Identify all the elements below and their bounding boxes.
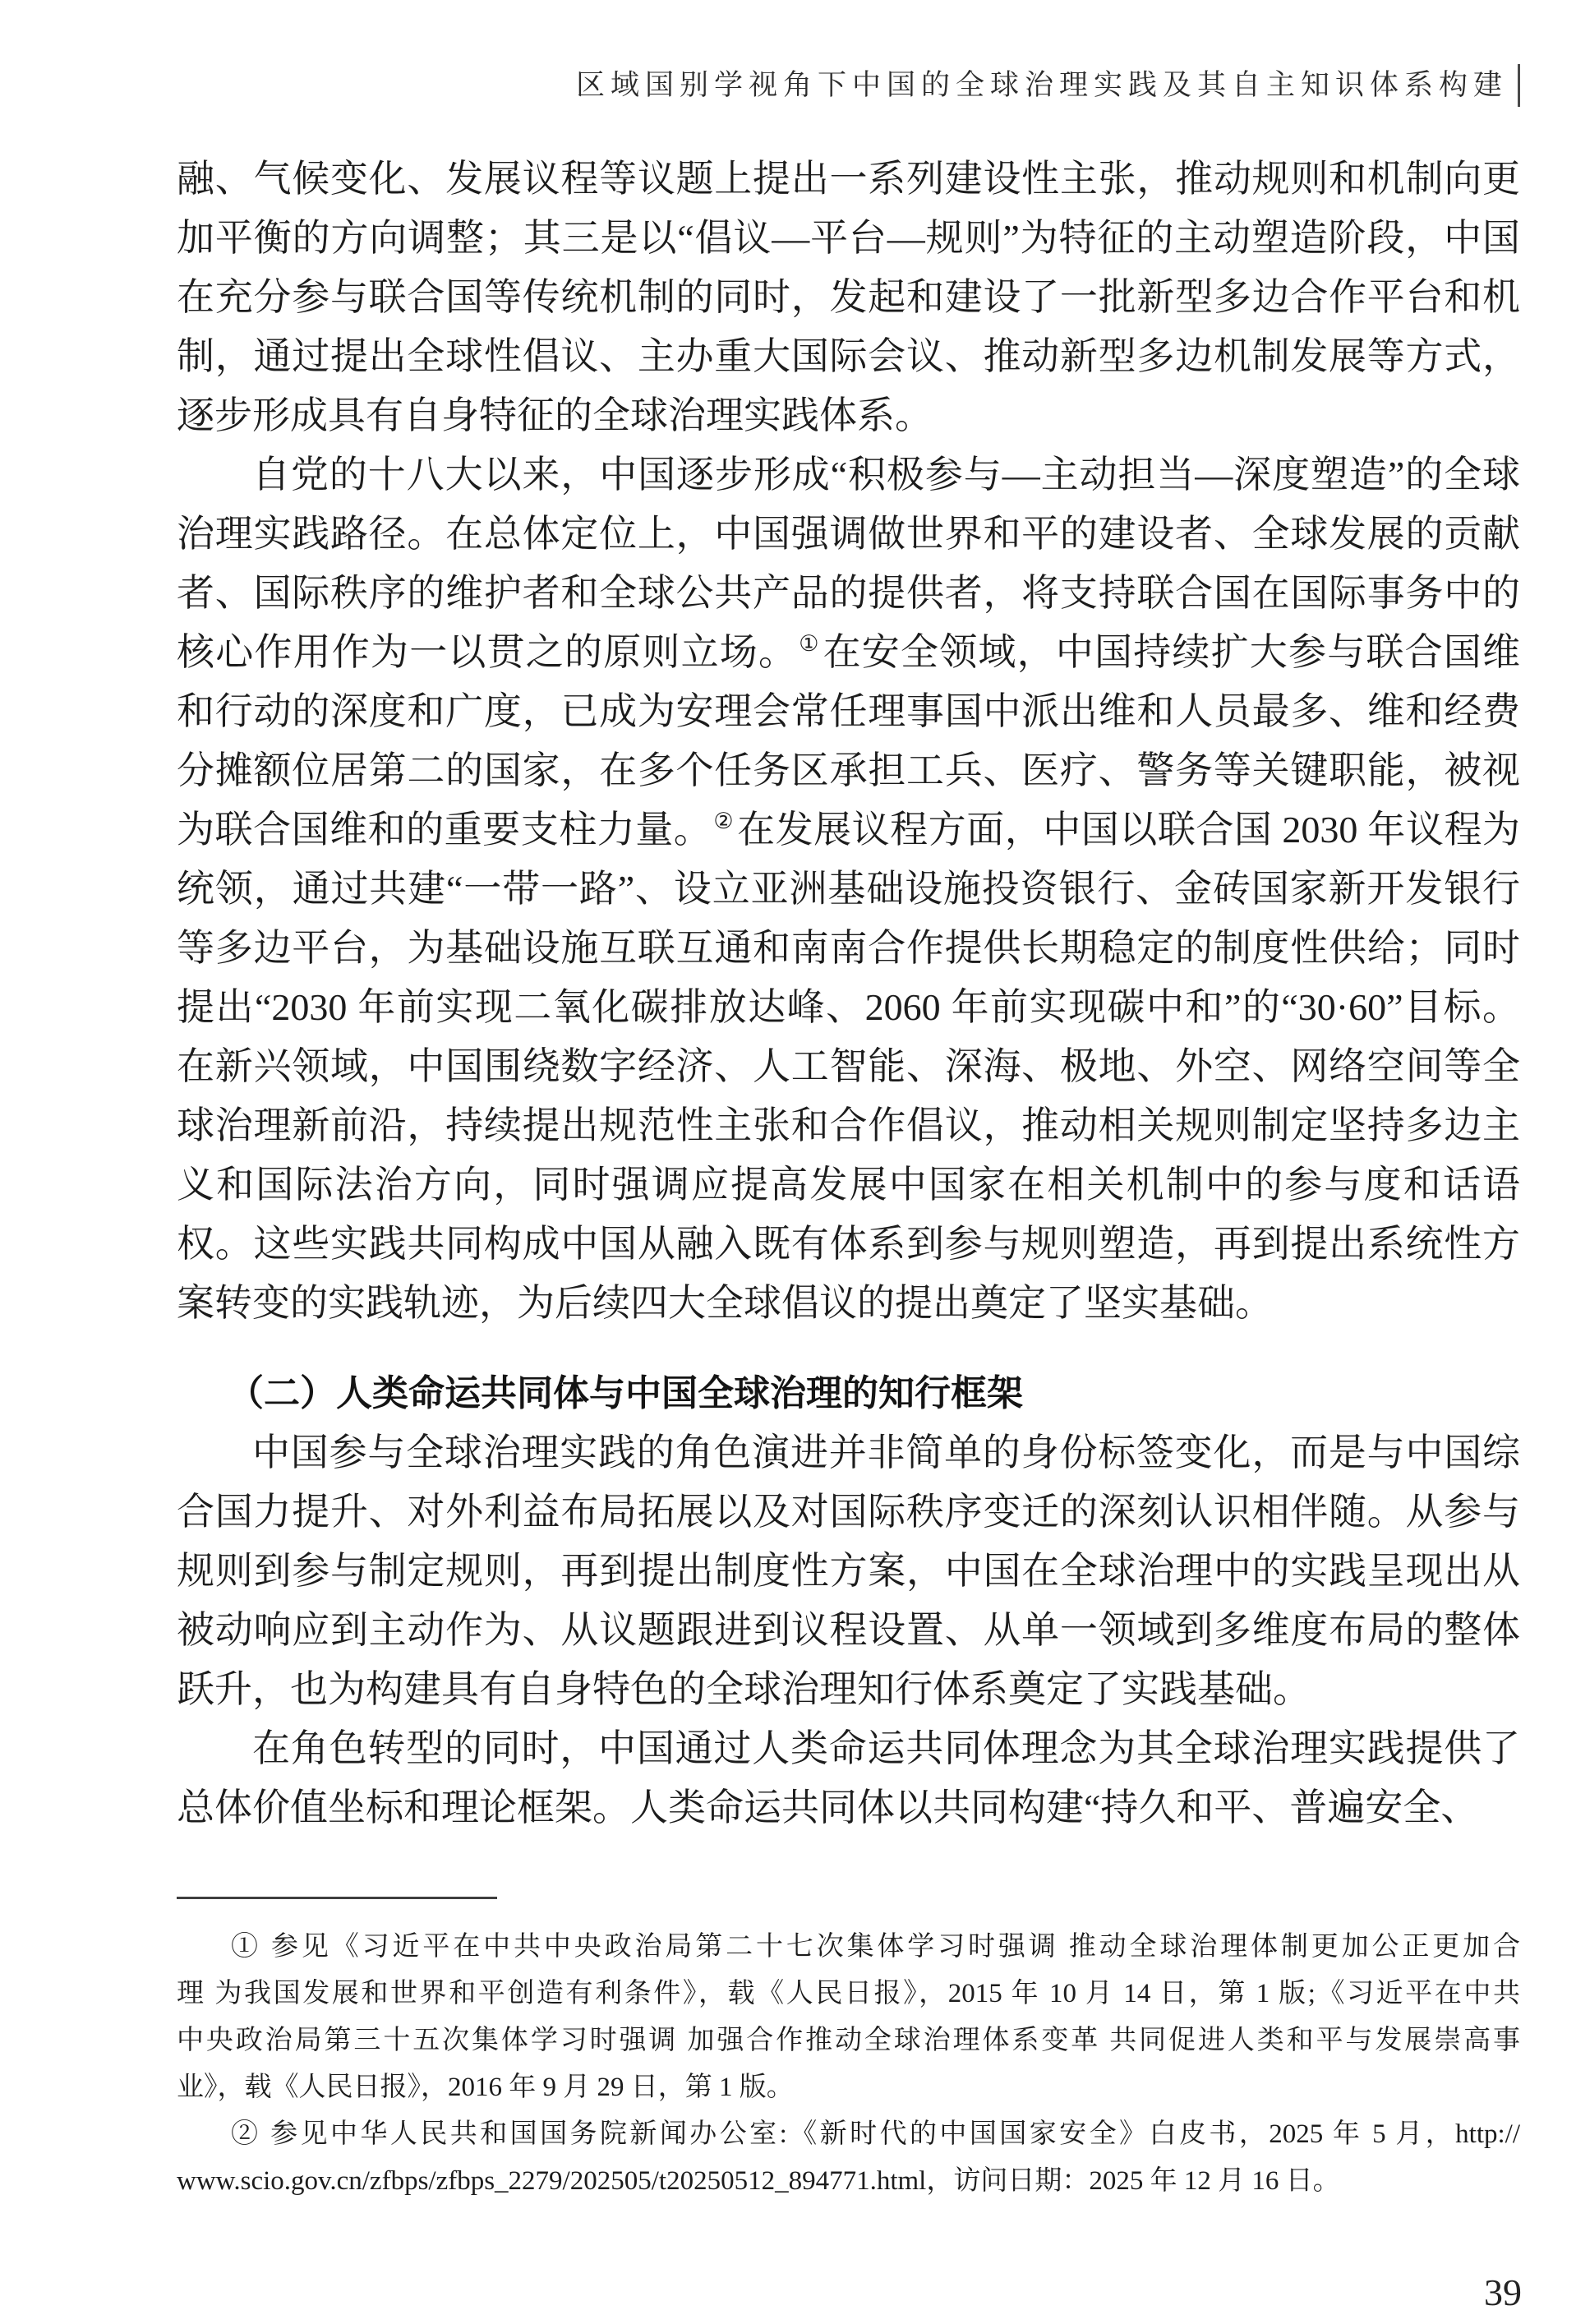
running-header-title: 区域国别学视角下中国的全球治理实践及其自主知识体系构建 bbox=[576, 64, 1508, 107]
body-paragraph: 自党的十八大以来，中国逐步形成“积极参与—主动担当—深度塑造”的全球治理实践路径… bbox=[177, 445, 1520, 1333]
section-heading: （二）人类命运共同体与中国全球治理的知行框架 bbox=[177, 1364, 1520, 1423]
body-paragraph: 在角色转型的同时，中国通过人类命运共同体理念为其全球治理实践提供了总体价值坐标和… bbox=[177, 1719, 1520, 1838]
body-paragraph: 中国参与全球治理实践的角色演进并非简单的身份标签变化，而是与中国综合国力提升、对… bbox=[177, 1423, 1520, 1719]
footnote-reference-2: ② bbox=[713, 809, 734, 833]
footnote-line: ① 参见《习近平在中共中央政治局第二十七次集体学习时强调 推动全球治理体制更加公… bbox=[177, 1924, 1520, 1971]
header-rule-bar bbox=[1518, 64, 1520, 107]
body-paragraph-continuation: 融、气候变化、发展议程等议题上提出一系列建设性主张，推动规则和机制向更加平衡的方… bbox=[177, 150, 1520, 445]
footnote-2: ② 参见中华人民共和国国务院新闻办公室:《新时代的中国国家安全》白皮书，2025… bbox=[177, 2111, 1520, 2205]
footnote-1: ① 参见《习近平在中共中央政治局第二十七次集体学习时强调 推动全球治理体制更加公… bbox=[177, 1924, 1520, 2111]
footnote-reference-1: ① bbox=[799, 631, 819, 656]
footnote-line: www.scio.gov.cn/zfbps/zfbps_2279/202505/… bbox=[177, 2158, 1520, 2205]
footnote-line: 理 为我国发展和世界和平创造有利条件》，载《人民日报》，2015 年 10 月 … bbox=[177, 1971, 1520, 2017]
main-text-column: 融、气候变化、发展议程等议题上提出一系列建设性主张，推动规则和机制向更加平衡的方… bbox=[177, 150, 1520, 2205]
footnotes-block: ① 参见《习近平在中共中央政治局第二十七次集体学习时强调 推动全球治理体制更加公… bbox=[177, 1924, 1520, 2205]
paragraph-text-run: 在发展议程方面，中国以联合国 2030 年议程为统领，通过共建“一带一路”、设立… bbox=[177, 809, 1520, 1324]
footnote-line: ② 参见中华人民共和国国务院新闻办公室:《新时代的中国国家安全》白皮书，2025… bbox=[177, 2111, 1520, 2158]
footnote-line: 中央政治局第三十五次集体学习时强调 加强合作推动全球治理体系变革 共同促进人类和… bbox=[177, 2017, 1520, 2064]
document-page: 区域国别学视角下中国的全球治理实践及其自主知识体系构建 融、气候变化、发展议程等… bbox=[0, 0, 1576, 2324]
page-number: 39 bbox=[1484, 2270, 1522, 2316]
footnote-line: 业》，载《人民日报》，2016 年 9 月 29 日，第 1 版。 bbox=[177, 2064, 1520, 2111]
footnote-separator-rule bbox=[177, 1897, 497, 1899]
running-header: 区域国别学视角下中国的全球治理实践及其自主知识体系构建 bbox=[576, 64, 1520, 107]
